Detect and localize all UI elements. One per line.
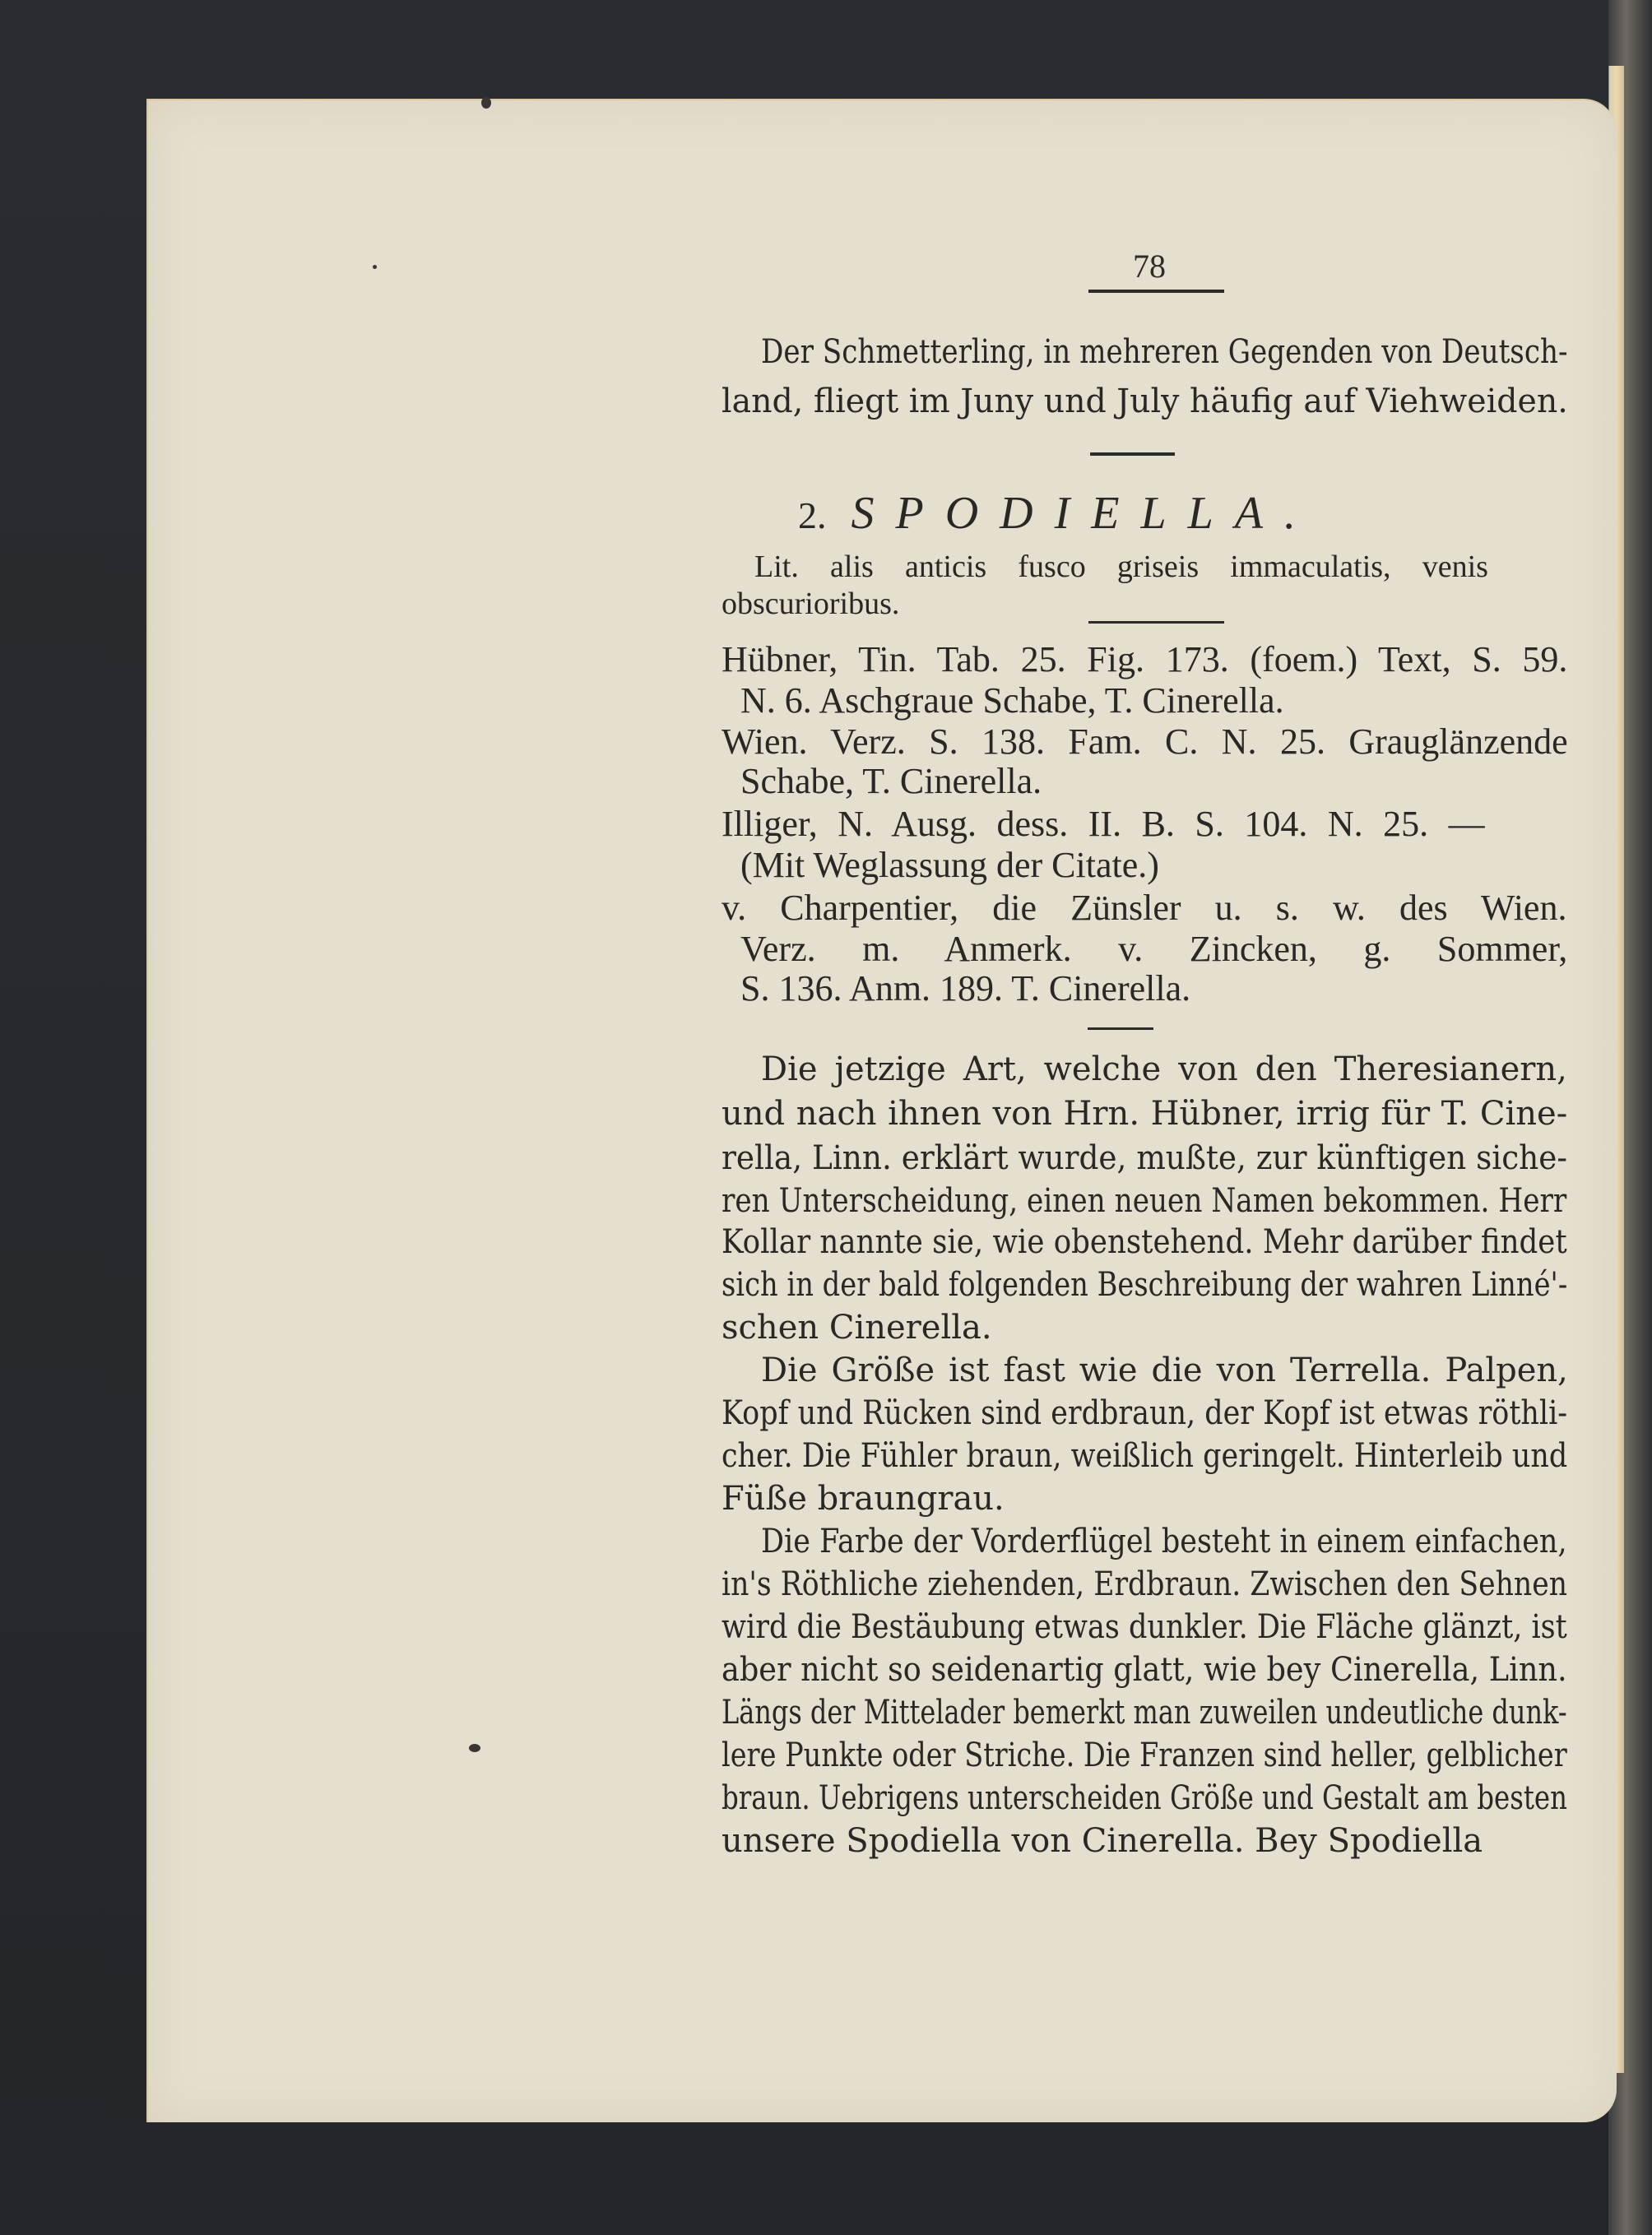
citation-line-7: v. Charpentier, die Zünsler u. s. w. des… (722, 890, 1566, 926)
body-line-5: Kollar nannte sie, wie obenstehend. Mehr… (722, 1226, 1567, 1259)
intro-line-2: land, fliegt im Juny und July häufig auf… (722, 385, 1568, 418)
body-line-10: cher. Die Fühler braun, weißlich geringe… (722, 1440, 1567, 1472)
body-line-9: Kopf und Rücken sind erdbraun, der Kopf … (722, 1397, 1567, 1430)
paper-speck (481, 97, 491, 109)
body-line-11: Füße braungrau. (722, 1482, 1005, 1515)
paper-speck (469, 1744, 480, 1752)
diagnosis-line-1: Lit. alis anticis fusco griseis immacula… (754, 551, 1488, 582)
header-rule (1088, 290, 1224, 293)
citation-line-9: S. 136. Anm. 189. T. Cinerella. (740, 971, 1190, 1007)
citation-line-8: Verz. m. Anmerk. v. Zincken, g. Sommer, (740, 931, 1567, 967)
body-line-2: und nach ihnen von Hrn. Hübner, irrig fü… (722, 1097, 1567, 1130)
body-line-7: schen Cinerella. (722, 1311, 992, 1344)
body-line-4: ren Unterscheidung, einen neuen Namen be… (722, 1185, 1566, 1217)
species-number: 2. (798, 494, 827, 536)
body-line-19: unsere Spodiella von Cinerella. Bey Spod… (722, 1825, 1483, 1857)
body-line-13: in's Röthliche ziehenden, Erdbraun. Zwis… (722, 1568, 1567, 1601)
body-line-3: rella, Linn. erklärt wurde, mußte, zur k… (722, 1142, 1567, 1175)
body-line-12: Die Farbe der Vorderflügel besteht in ei… (761, 1525, 1567, 1558)
body-line-16: Längs der Mittelader bemerkt man zuweile… (722, 1696, 1567, 1729)
page-number: 78 (1133, 247, 1166, 285)
citation-line-6: (Mit Weglassung der Citate.) (740, 847, 1159, 883)
diagnosis-line-2: obscurioribus. (722, 588, 899, 619)
paper-speck (373, 265, 377, 269)
citation-line-2: N. 6. Aschgraue Schabe, T. Cinerella. (740, 683, 1284, 719)
citation-line-1: Hübner, Tin. Tab. 25. Fig. 173. (foem.) … (722, 642, 1567, 678)
body-line-1: Die jetzige Art, welche von den Theresia… (761, 1053, 1567, 1086)
body-line-17: lere Punkte oder Striche. Die Franzen si… (722, 1739, 1567, 1772)
citation-line-4: Schabe, T. Cinerella. (740, 763, 1042, 800)
section-rule (1090, 452, 1175, 456)
body-line-15: aber nicht so seidenartig glatt, wie bey… (722, 1653, 1567, 1686)
body-line-14: wird die Bestäubung etwas dunkler. Die F… (722, 1611, 1567, 1644)
species-heading: 2.SPODIELLA. (798, 487, 1317, 540)
body-line-18: braun. Uebrigens unterscheiden Größe und… (722, 1782, 1567, 1815)
diagnosis-rule (1088, 621, 1224, 624)
intro-line-1: Der Schmetterling, in mehreren Gegenden … (761, 336, 1567, 369)
body-line-6: sich in der bald folgenden Beschreibung … (722, 1268, 1567, 1301)
citation-line-5: Illiger, N. Ausg. dess. II. B. S. 104. N… (722, 806, 1485, 842)
citation-line-3: Wien. Verz. S. 138. Fam. C. N. 25. Graug… (722, 724, 1568, 760)
citations-rule (1088, 1027, 1153, 1030)
body-line-8: Die Größe ist fast wie die von Terrella.… (761, 1354, 1568, 1387)
species-name: SPODIELLA. (852, 488, 1317, 539)
